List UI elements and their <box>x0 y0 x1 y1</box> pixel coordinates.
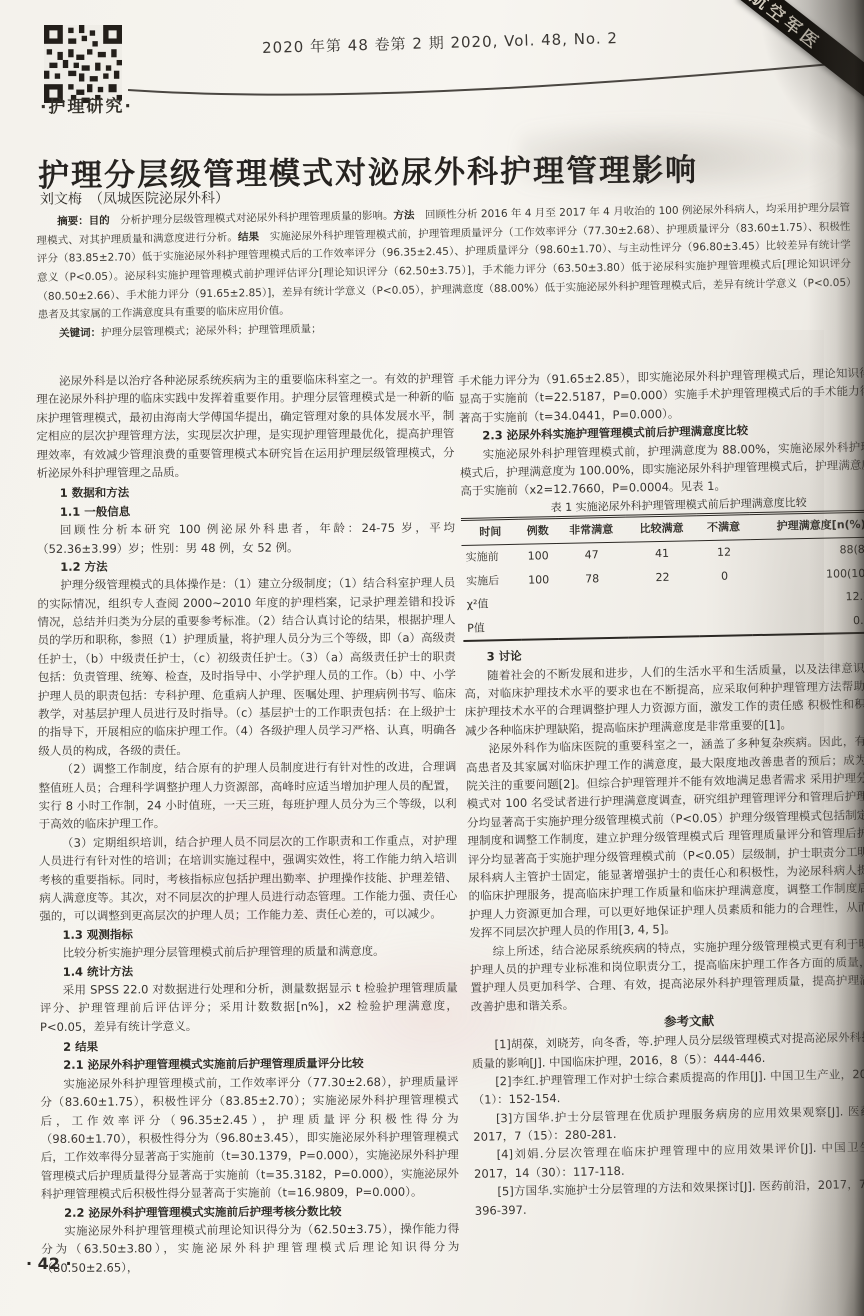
abstract-label: 摘要：目的 <box>57 215 110 228</box>
column-section-label: ·护理研究· <box>40 92 133 118</box>
cell <box>628 612 699 638</box>
keywords-label: 关键词： <box>59 327 101 340</box>
abstract-results-label: 结果 <box>238 231 259 243</box>
header-rule <box>128 60 856 104</box>
journal-issue-line: 2020 年第 48 卷第 2 期 2020, Vol. 48, No. 2 <box>120 23 760 62</box>
result-2-3-paragraph: 实施泌尿外科护理管理模式前，护理满意度为 88.00%，实施泌尿外科护理管理模式… <box>459 437 864 501</box>
conclusion-paragraph: 综上所述，结合泌尿系统疾病的特点，实施护理分级管理模式更有利于明确各级护理人员的… <box>469 934 864 1016</box>
cell <box>558 613 629 639</box>
statistics-paragraph: 采用 SPSS 22.0 对数据进行处理和分析，测量数据显示 t 检验护理管理质… <box>40 978 458 1036</box>
col-header-cases: 例数 <box>519 518 556 544</box>
cell: P值 <box>463 615 522 641</box>
cell <box>698 611 752 637</box>
intro-paragraph: 泌尿外科是以治疗各种泌尿系统疾病为主的重要临床科室之一。有效的护理管理在泌尿外科… <box>36 369 455 482</box>
col-header-very-satisfied: 非常满意 <box>556 516 627 543</box>
cell: 22 <box>627 565 698 590</box>
cell: 0 <box>698 564 752 589</box>
method-paragraph-2: （2）调整工作制度，结合原有的护理人员制度进行有针对性的改进，合理调整值班人员；… <box>38 758 456 834</box>
result-2-2-continued: 手术能力评分为（91.65±2.85），即实施泌尿外科护理管理模式后，理论知识得… <box>458 363 864 427</box>
cell: 100 <box>520 543 557 568</box>
page-number: · 42 · <box>26 1254 72 1273</box>
abstract-objective: 分析护理分层级管理模式对泌尿外科护理管理质量的影响。 <box>120 210 393 227</box>
body-columns: 泌尿外科是以治疗各种泌尿系统疾病为主的重要临床科室之一。有效的护理管理在泌尿外科… <box>0 372 864 1316</box>
abstract-paragraph: 摘要：目的 分析护理分层级管理模式对泌尿外科护理管理质量的影响。方法 回顾性分析… <box>36 199 852 325</box>
cell: 12.766 0 <box>752 584 864 611</box>
method-paragraph-1: 护理分级管理模式的具体操作是：（1）建立分级制度；（1）结合科室护理人员的实际情… <box>37 574 456 760</box>
cell <box>521 615 558 640</box>
author-affiliation: 刘文梅 （凤城医院泌尿外科） <box>40 187 229 208</box>
col-header-satisfaction-rate: 护理满意度[n(%)] <box>750 511 864 540</box>
discussion-paragraph-1: 随着社会的不断发展和进步，人们的生活水平和生活质量，以及法律意识不断提高，对临床… <box>464 658 864 740</box>
reference-item: [5]方国华.实施护士分层管理的方法和效果探讨[J]. 医药前沿，2017，7（… <box>474 1174 864 1220</box>
method-paragraph-3: （3）定期组织培训，结合护理人员不同层次的工作职责和工作重点，对护理人员进行有针… <box>39 831 458 926</box>
discussion-paragraph-2: 泌尿外科作为临床医院的重要科室之一，涵盖了多种复杂疾病。因此，有效地提高患者及其… <box>465 731 864 942</box>
cell: 100(100.00) <box>751 561 864 588</box>
left-column: 泌尿外科是以治疗各种泌尿系统疾病为主的重要临床科室之一。有效的护理管理在泌尿外科… <box>36 369 460 1277</box>
abstract-methods-label: 方法 <box>393 209 414 221</box>
scanned-page: 2020 年第 48 卷第 2 期 2020, Vol. 48, No. 2 航… <box>0 0 864 1316</box>
col-header-time: 时间 <box>461 519 520 546</box>
cell: 78 <box>557 566 628 591</box>
cell: 实施前 <box>461 544 520 569</box>
cell: 47 <box>556 542 627 568</box>
cell <box>521 591 558 615</box>
cell: 100 <box>520 568 557 592</box>
cell: 41 <box>627 541 698 567</box>
cell <box>628 588 699 613</box>
col-header-unsatisfied: 不满意 <box>697 514 751 541</box>
col-header-satisfied: 比较满意 <box>626 515 697 542</box>
cell: 88(88.00) <box>751 537 864 564</box>
result-2-1-paragraph: 实施泌尿外科护理管理模式前，工作效率评分（77.30±2.68），护理质量评分（… <box>40 1072 459 1203</box>
result-2-2-paragraph: 实施泌尿外科护理管理模式前理论知识得分为（62.50±3.75），操作能力得分为… <box>41 1219 459 1277</box>
abstract-block: 摘要：目的 分析护理分层级管理模式对泌尿外科护理管理质量的影响。方法 回顾性分析… <box>36 199 852 344</box>
cell <box>698 587 752 612</box>
cell <box>557 590 628 615</box>
cell: χ²值 <box>462 592 521 617</box>
keywords-text: 护理分层管理模式；泌尿外科；护理管理质量； <box>101 323 322 339</box>
cell: 实施后 <box>462 568 521 593</box>
general-info-paragraph: 回顾性分析本研究 100 例泌尿外科患者，年龄：24-75 岁，平均（52.36… <box>37 519 455 558</box>
satisfaction-table: 时间 例数 非常满意 比较满意 不满意 护理满意度[n(%)] 实施前 100 … <box>461 510 864 643</box>
right-column: 手术能力评分为（91.65±2.85），即实施泌尿外科护理管理模式后，理论知识得… <box>458 363 864 1220</box>
cell: 12 <box>697 540 751 565</box>
cell: 0.000 4 <box>752 608 864 636</box>
